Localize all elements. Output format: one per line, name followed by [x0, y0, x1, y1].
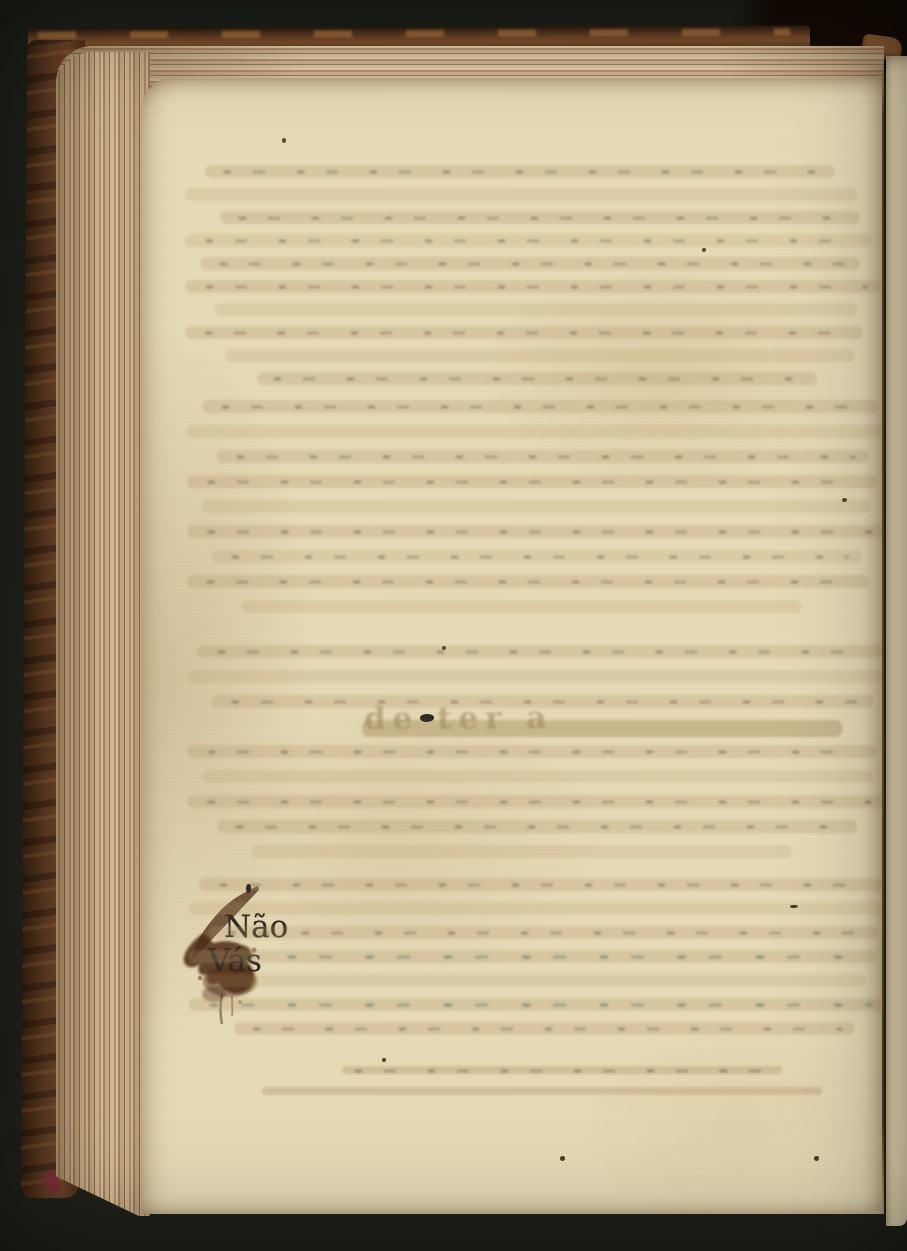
paper-fleck	[814, 1156, 819, 1161]
book-text-block: de ter a Não Vás	[56, 46, 884, 1216]
bleedthrough-line	[252, 845, 792, 858]
bleedthrough-line	[187, 475, 877, 488]
bleedthrough-line	[187, 745, 877, 758]
bleedthrough-line	[234, 1022, 854, 1035]
bleedthrough-line	[187, 425, 884, 438]
bleedthrough-block	[174, 878, 874, 1046]
bleedthrough-line	[262, 1087, 822, 1095]
paper-fleck	[560, 1156, 565, 1161]
bleedthrough-line	[187, 670, 884, 683]
bleedthrough-line	[212, 695, 874, 708]
bleedthrough-line	[362, 720, 842, 737]
bleedthrough-line	[187, 795, 884, 808]
photograph-of-book: de ter a Não Vás	[0, 0, 907, 1251]
page-stack-fore-edges	[56, 52, 150, 1216]
book-page: de ter a Não Vás	[142, 78, 884, 1214]
paper-fleck	[282, 138, 286, 143]
gutter-crease-line	[882, 56, 884, 1214]
bleedthrough-line	[217, 450, 869, 463]
bleedthrough-line	[189, 902, 884, 915]
bleedthrough-line	[202, 500, 870, 513]
bleedthrough-line	[215, 303, 857, 316]
bleedthrough-line	[212, 550, 862, 563]
bleedthrough-line	[342, 1066, 782, 1074]
bleedthrough-line	[185, 234, 873, 247]
bleedthrough-line	[220, 211, 860, 224]
bleedthrough-line	[189, 998, 884, 1011]
bleedthrough-line	[217, 820, 857, 833]
bleedthrough-line	[205, 165, 835, 178]
bleedthrough-line	[225, 349, 855, 362]
bleedthrough-line	[202, 770, 874, 783]
gutter-shadow	[862, 66, 884, 1211]
paper-fleck	[382, 1058, 386, 1062]
bleedthrough-line	[185, 326, 863, 339]
bleedthrough-line	[257, 372, 817, 385]
bleedthrough-block	[165, 165, 857, 395]
bleedthrough-line	[204, 974, 866, 987]
bleedthrough-block	[172, 400, 872, 625]
bleedthrough-line	[242, 600, 802, 613]
bleedthrough-line	[187, 575, 869, 588]
bleedthrough-line	[202, 400, 878, 413]
bleedthrough-line	[185, 280, 881, 293]
bleedthrough-line	[185, 188, 857, 201]
bleedthrough-line	[187, 525, 884, 538]
bleedthrough-block	[222, 1066, 822, 1108]
bleedthrough-line	[209, 926, 879, 939]
bleedthrough-line	[189, 950, 877, 963]
bleedthrough-block	[172, 645, 872, 870]
facing-page-sliver	[886, 56, 907, 1226]
bleedthrough-line	[197, 645, 884, 658]
bleedthrough-line	[199, 878, 884, 891]
bleedthrough-line	[200, 257, 860, 270]
